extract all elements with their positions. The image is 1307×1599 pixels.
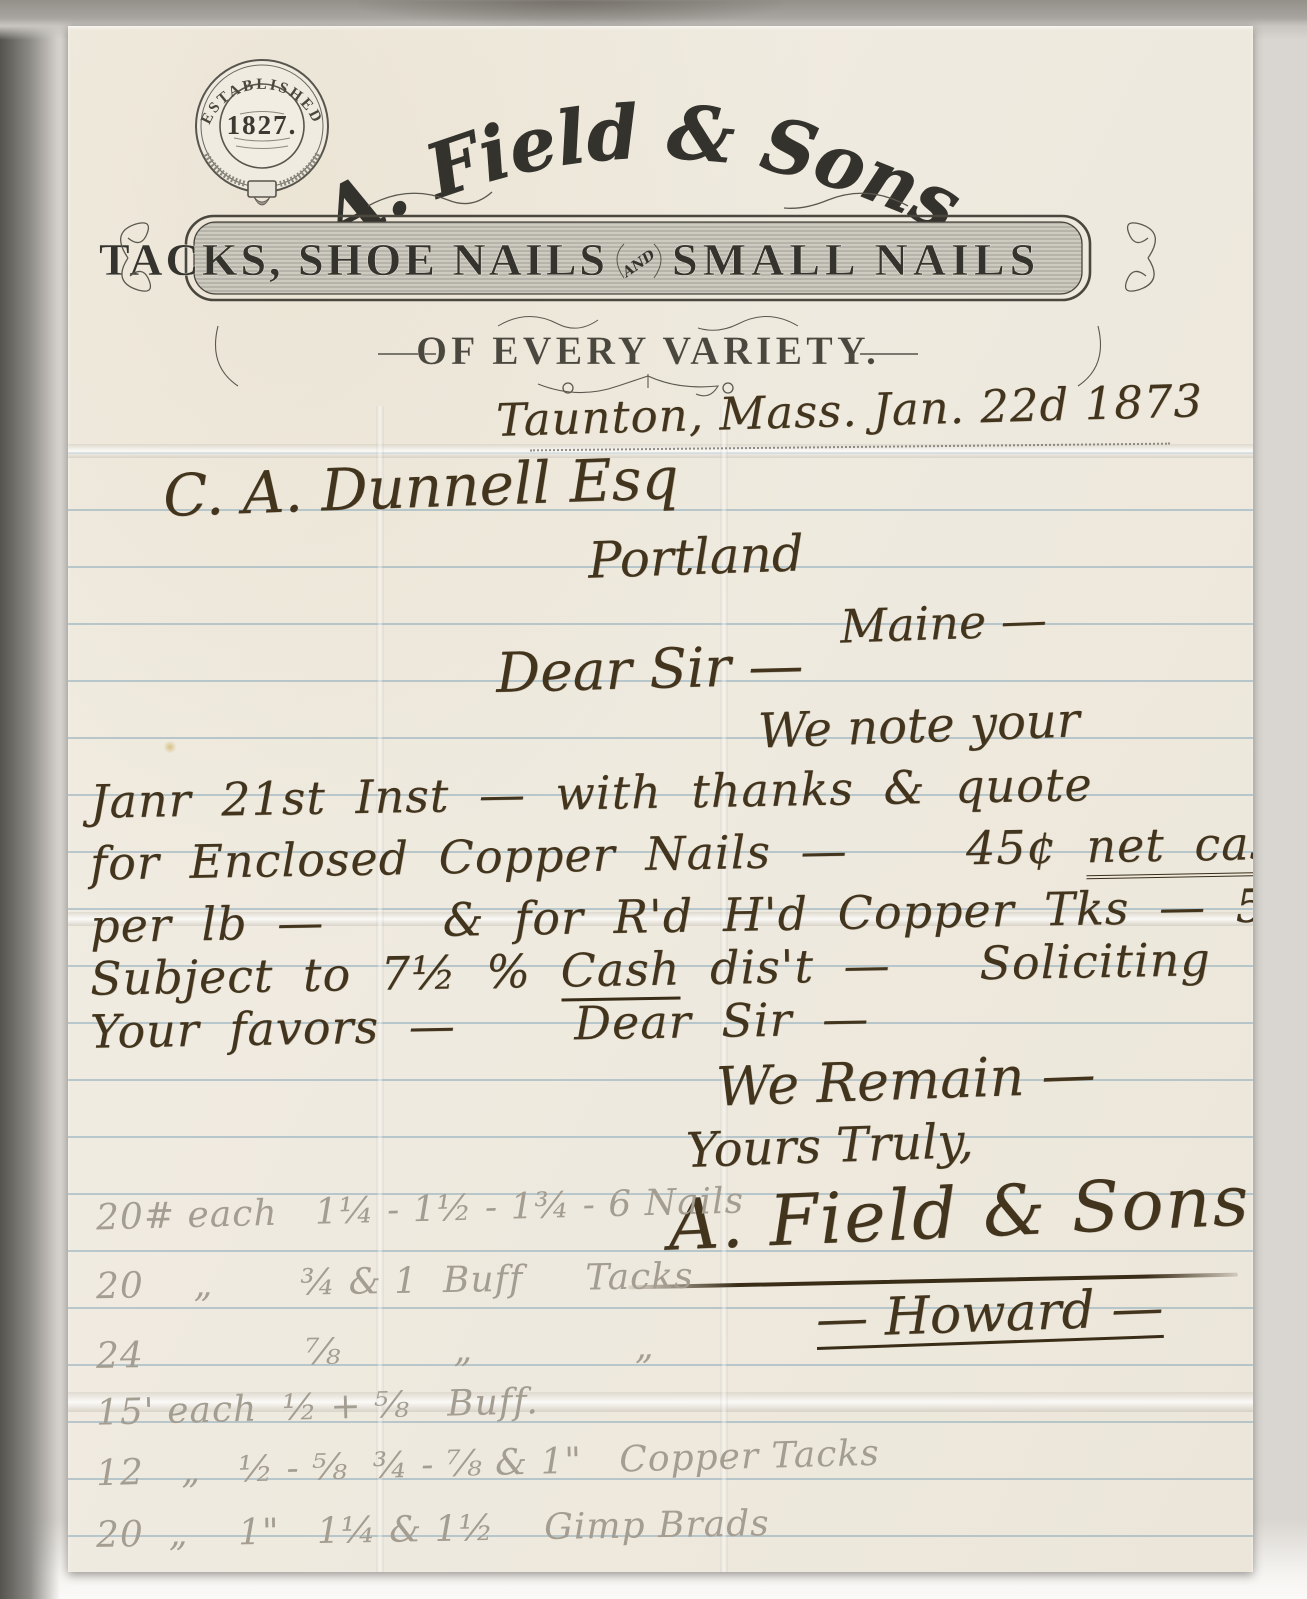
opening-phrase: We note your <box>757 696 1080 755</box>
salutation: Dear Sir — <box>495 638 804 701</box>
letter-page: ESTABLISHED 1827. A. Field & Sons. MANUF… <box>68 26 1253 1572</box>
banner: TACKS, SHOE NAILS AND SMALL NAILS <box>99 216 1090 300</box>
cash-underlined: Cash <box>560 941 681 1001</box>
net-cash-underlined: net cash <box>1086 815 1253 879</box>
closing-we-remain: We Remain — <box>715 1047 1096 1114</box>
addressee: C. A. Dunnell Esq <box>162 449 679 525</box>
letterhead-engraving: ESTABLISHED 1827. A. Field & Sons. MANUF… <box>68 26 1253 401</box>
variety-line: OF EVERY VARIETY. <box>416 328 880 373</box>
body-line-4-pre: Subject to 7½ % <box>90 944 561 1006</box>
address-city: Portland <box>587 528 804 585</box>
paper-stain <box>163 741 177 753</box>
scan-smudge <box>360 0 780 26</box>
established-seal-icon: ESTABLISHED 1827. <box>196 60 328 205</box>
body-line-5: Your favors — Dear Sir — <box>90 995 870 1055</box>
closing-yours-truly: Yours Truly, <box>685 1117 974 1175</box>
seal-year: 1827. <box>227 110 298 140</box>
pencil-note-3: 24 ⅞ „ „ <box>96 1329 655 1375</box>
body-line-4-post: dis't — Soliciting <box>680 932 1211 995</box>
pencil-note-2: 20 „ ¾ & 1 Buff Tacks <box>96 1259 694 1305</box>
banner-text-right: SMALL NAILS <box>672 234 1040 285</box>
address-state: Maine — <box>839 596 1047 649</box>
banner-text-left: TACKS, SHOE NAILS <box>99 234 608 285</box>
